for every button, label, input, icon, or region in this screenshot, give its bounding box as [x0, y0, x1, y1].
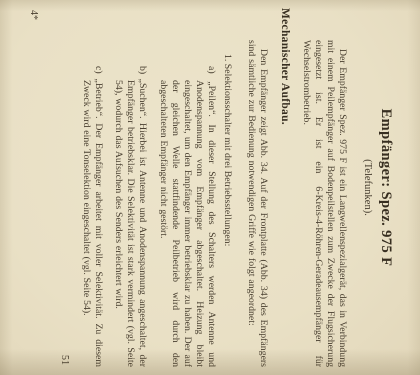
body-paragraph: Den Empfänger zeigt Abb. 34. Auf der Fro… — [244, 40, 268, 367]
page-number: 51 — [59, 355, 70, 365]
page-subtitle: (Telefunken). — [361, 8, 373, 367]
item-text: „Betrieb“. Der Empfänger arbeitet mit vo… — [81, 79, 104, 367]
scanned-page-viewport: Empfänger: Spez. 975 F (Telefunken). Der… — [0, 0, 420, 375]
signature-mark: 4* — [28, 10, 39, 20]
list-item-a: a) „Peilen“. In dieser Stellung des Scha… — [157, 66, 217, 367]
item-label: b) — [137, 66, 148, 74]
item-label: c) — [93, 66, 104, 74]
item-label: a) — [206, 66, 217, 74]
book-page: Empfänger: Spez. 975 F (Telefunken). Der… — [0, 0, 420, 375]
list-intro: 1. Selektionsschalter mit drei Betriebss… — [221, 54, 233, 367]
item-text: „Suchen“. Hierbei ist Antenne und Anoden… — [113, 79, 148, 367]
list-item-b: b) „Suchen“. Hierbei ist Antenne und Ano… — [112, 66, 148, 367]
section-heading: Mechanischer Aufbau. — [278, 8, 291, 367]
page-title: Empfänger: Spez. 975 F — [378, 8, 394, 367]
intro-paragraph: Der Empfänger Spez. 975 F ist ein Langwe… — [300, 40, 348, 367]
item-text: „Peilen“. In dieser Stellung des Schalte… — [158, 80, 217, 367]
list-item-c: c) „Betrieb“. Der Empfänger arbeitet mit… — [80, 66, 104, 367]
